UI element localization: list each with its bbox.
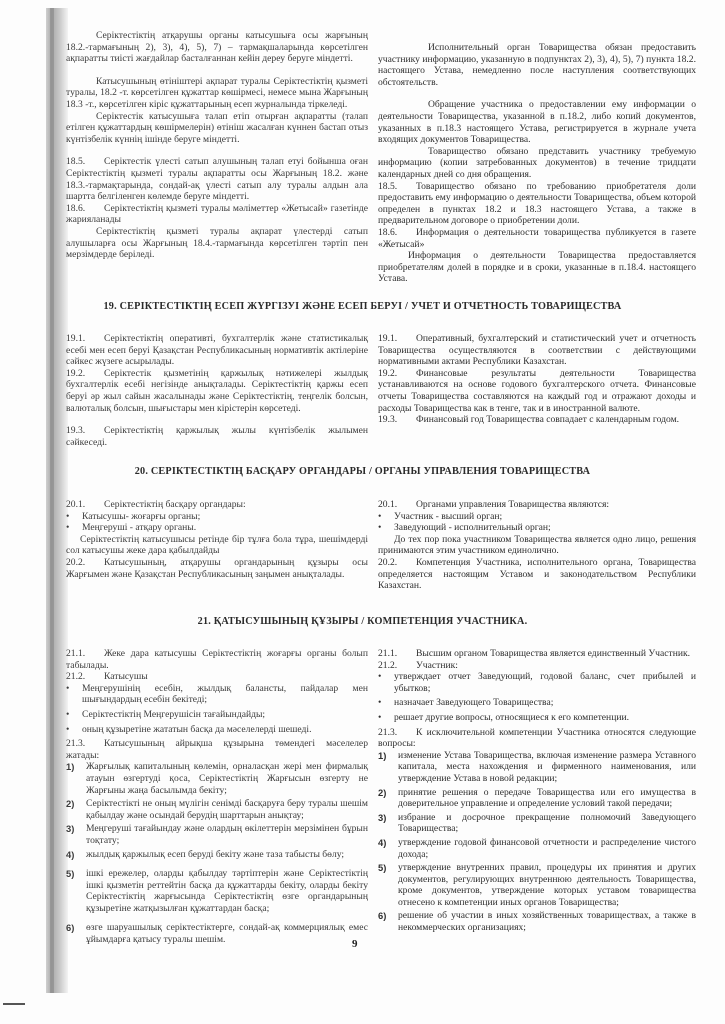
bullet-icon: • <box>66 683 82 706</box>
item-text: изменение Устава Товарищества, включая и… <box>398 750 696 785</box>
kz-top-paragraph-2: Катысушының өтініштері ақпарат туралы Се… <box>66 76 368 111</box>
kz-section-20: 20.1.Серіктестіктің басқару органдары: •… <box>66 499 368 580</box>
item-text: жылдық қаржылық есеп беруді бекіту және … <box>86 849 368 861</box>
item-text: утверждение годовой финансовой отчетност… <box>398 837 696 860</box>
clause-number: 20.2. <box>66 557 104 569</box>
bullet-item: •Меңгеруші - атқару органы. <box>66 522 368 534</box>
kz-20-paragraph: Серіктестіктің катысушысы ретінде бір тұ… <box>66 534 368 557</box>
item-text: өзге шаруашылық серіктестіктерге, сондай… <box>86 922 368 945</box>
bullet-item: •решает другие вопросы, относящиеся к ег… <box>378 712 696 724</box>
clause-number: 21.2. <box>378 660 416 672</box>
bullet-item: •оның құзыретіне жататын басқа да мәселе… <box>66 724 368 736</box>
clause-text: Финансовые результаты деятельности Товар… <box>378 368 696 414</box>
item-number: 3) <box>378 812 398 835</box>
bullet-item: •Меңгерушінің есебін, жылдық балансты, п… <box>66 683 368 706</box>
clause-number: 20.1. <box>66 499 104 511</box>
bullet-item: •утверждает отчет Заведующий, годовой ба… <box>378 671 696 694</box>
item-number: 1) <box>378 750 398 785</box>
bullet-text: решает другие вопросы, относящиеся к его… <box>394 712 629 724</box>
clause-paragraph: 21.1.Жеке дара катысушы Серіктестіктің ж… <box>66 648 368 671</box>
clause-number: 21.3. <box>66 738 104 750</box>
clause-text: Высшим органом Товарищества является еди… <box>416 648 690 659</box>
bullet-item: •Катысушы- жоғарғы органы; <box>66 511 368 523</box>
ru-top-paragraph-5: 18.6.Информация о деятельности товарищес… <box>378 227 696 250</box>
item-number: 4) <box>66 849 86 861</box>
bullet-item: •Участник - высший орган; <box>378 511 696 523</box>
clause-paragraph: 21.1.Высшим органом Товарищества являетс… <box>378 648 696 660</box>
item-number: 4) <box>378 837 398 860</box>
section-21-heading: 21. ҚАТЫСУШЫНЫҢ ҚҰЗЫРЫ / КОМПЕТЕНЦИЯ УЧА… <box>0 616 725 627</box>
clause-number: 18.6. <box>378 227 416 239</box>
clause-text: Катысушы <box>104 671 148 682</box>
clause-text: Жеке дара катысушы Серіктестіктің жоғарғ… <box>66 648 368 671</box>
kz-section-21: 21.1.Жеке дара катысушы Серіктестіктің ж… <box>66 648 368 948</box>
ru-20-paragraph: До тех пор пока участником Товарищества … <box>378 534 696 557</box>
clause-number: 18.6. <box>66 203 104 215</box>
clause-number: 19.3. <box>378 414 416 426</box>
bullet-icon: • <box>378 522 394 534</box>
item-number: 6) <box>378 910 398 933</box>
clause-number: 19.3. <box>66 425 104 437</box>
clause-number: 18.5. <box>66 156 104 168</box>
bullet-icon: • <box>378 511 394 523</box>
kz-top-paragraph-5: 18.6.Серіктестіктің қызметі туралы мәлім… <box>66 203 368 226</box>
bullet-icon: • <box>66 709 82 721</box>
clause-paragraph: 19.3.Серіктестіктің қаржылық жылы күнтіз… <box>66 425 368 448</box>
kz-section-19: 19.1.Серіктестіктің оперативті, бухгалте… <box>66 333 368 448</box>
ru-section-21: 21.1.Высшим органом Товарищества являетс… <box>378 648 696 936</box>
clause-paragraph: 21.2.Катысушы <box>66 671 368 683</box>
section-19-heading: 19. СЕРІКТЕСТІКТІҢ ЕСЕП ЖҮРГІЗУІ ЖӘНЕ ЕС… <box>0 301 725 312</box>
ru-top-paragraph-3: Товарищество обязано представить участни… <box>378 146 696 181</box>
numbered-item: 6)өзге шаруашылық серіктестіктерге, сонд… <box>66 922 368 945</box>
clause-paragraph: 19.3.Финансовый год Товарищества совпада… <box>378 414 696 426</box>
clause-number: 19.1. <box>66 333 104 345</box>
item-number: 2) <box>66 798 86 821</box>
clause-number: 19.2. <box>378 368 416 380</box>
item-text: Серіктестікті не оның мүлігін сенімді ба… <box>86 798 368 821</box>
scan-shadow-line <box>50 8 54 993</box>
item-text: утверждение внутренних правил, процедуры… <box>398 862 696 908</box>
ru-top-paragraph-1: Исполнительный орган Товарищества обязан… <box>378 42 696 88</box>
clause-paragraph: 21.2.Участник: <box>378 660 696 672</box>
item-text: Меңгеруші тағайындау және олардың өкілет… <box>86 823 368 846</box>
item-number: 6) <box>66 922 86 945</box>
numbered-item: 4)жылдық қаржылық есеп беруді бекіту жән… <box>66 849 368 861</box>
clause-number: 18.5. <box>378 181 416 193</box>
bullet-text: оның құзыретіне жататын басқа да мәселел… <box>82 724 311 736</box>
clause-number: 19.2. <box>66 368 104 380</box>
ru-top-block: Исполнительный орган Товарищества обязан… <box>378 42 696 285</box>
clause-text: Участник: <box>416 660 458 671</box>
clause-paragraph: 21.3.К исключительной компетенции Участн… <box>378 727 696 750</box>
item-text: избрание и досрочное прекращение полномо… <box>398 812 696 835</box>
bullet-text: Меңгерушінің есебін, жылдық балансты, па… <box>82 683 368 706</box>
ru-top-paragraph-6: Информация о деятельности Товарищества п… <box>378 250 696 285</box>
numbered-item: 5)утверждение внутренних правил, процеду… <box>378 862 696 908</box>
clause-number: 20.2. <box>378 557 416 569</box>
item-text: ішкі ережелер, оларды қабылдау тәртіптер… <box>86 868 368 914</box>
clause-text: Серіктестіктің қаржылық жылы күнтізбелік… <box>66 425 368 448</box>
clause-number: 21.1. <box>378 648 416 660</box>
clause-number: 19.1. <box>378 333 416 345</box>
item-text: принятие решения о передаче Товарищества… <box>398 787 696 810</box>
ru-section-19: 19.1.Оперативный, бухгалтерский и статис… <box>378 333 696 426</box>
item-number: 2) <box>378 787 398 810</box>
kz-top-block: Серіктестіктің атқарушы органы катысушығ… <box>66 30 368 261</box>
clause-text: Серіктестіктің оперативті, бухгалтерлік … <box>66 333 368 367</box>
bullet-text: утверждает отчет Заведующий, годовой бал… <box>394 671 696 694</box>
section-20-heading: 20. СЕРІКТЕСТІКТІҢ БАСҚАРУ ОРГАНДАРЫ / О… <box>0 466 725 477</box>
item-text: решение об участии в иных хозяйственных … <box>398 910 696 933</box>
bullet-item: •назначает Заведующего Товарищества; <box>378 697 696 709</box>
bullet-icon: • <box>66 522 82 534</box>
clause-paragraph: 19.1.Оперативный, бухгалтерский и статис… <box>378 333 696 368</box>
item-number: 1) <box>66 761 86 796</box>
scan-mark <box>3 1003 25 1005</box>
clause-paragraph: 19.2.Финансовые результаты деятельности … <box>378 368 696 414</box>
bullet-icon: • <box>66 724 82 736</box>
page-number: 9 <box>352 938 358 950</box>
item-number: 3) <box>66 823 86 846</box>
numbered-item: 5)ішкі ережелер, оларды қабылдау тәртіпт… <box>66 868 368 914</box>
bullet-item: •Серіктестіктің Меңгерушісін тағайындайд… <box>66 709 368 721</box>
clause-number: 20.1. <box>378 499 416 511</box>
ru-top-paragraph-2: Обращение участника о предоставлении ему… <box>378 99 696 145</box>
ru-top-paragraph-4: 18.5.Товарищество обязано по требованию … <box>378 181 696 227</box>
ru-section-20: 20.1.Органами управления Товарищества яв… <box>378 499 696 592</box>
clause-text: Катысушының айрықша құзырына төмендегі м… <box>66 738 368 761</box>
numbered-item: 1)изменение Устава Товарищества, включая… <box>378 750 696 785</box>
numbered-item: 3)Меңгеруші тағайындау және олардың өкіл… <box>66 823 368 846</box>
kz-top-paragraph-1: Серіктестіктің атқарушы органы катысушығ… <box>66 30 368 65</box>
numbered-item: 2)Серіктестікті не оның мүлігін сенімді … <box>66 798 368 821</box>
kz-top-paragraph-3: Серіктестік катысушыға талап етіп отырға… <box>66 111 368 146</box>
clause-paragraph: 21.3.Катысушының айрықша құзырына төменд… <box>66 738 368 761</box>
numbered-item: 2)принятие решения о передаче Товарищест… <box>378 787 696 810</box>
bullet-item: •Заведующий - исполнительный орган; <box>378 522 696 534</box>
numbered-item: 1)Жарғылық капиталының көлемін, орналасқ… <box>66 761 368 796</box>
clause-number: 21.1. <box>66 648 104 660</box>
numbered-item: 6)решение об участии в иных хозяйственны… <box>378 910 696 933</box>
bullet-icon: • <box>378 697 394 709</box>
clause-number: 21.3. <box>378 727 416 739</box>
bullet-text: Серіктестіктің Меңгерушісін тағайындайды… <box>82 709 265 721</box>
clause-text: Финансовый год Товарищества совпадает с … <box>416 414 679 425</box>
clause-text: Оперативный, бухгалтерский и статистичес… <box>378 333 696 367</box>
clause-paragraph: 19.2.Серіктестік қызметінің қаржылық нәт… <box>66 368 368 414</box>
numbered-item: 3)избрание и досрочное прекращение полно… <box>378 812 696 835</box>
kz-top-paragraph-4: 18.5.Серіктестік үлесті сатып алушының т… <box>66 156 368 202</box>
kz-top-paragraph-6: Серіктестіктің қызметі туралы ақпарат үл… <box>66 226 368 261</box>
bullet-icon: • <box>378 671 394 694</box>
clause-paragraph: 19.1.Серіктестіктің оперативті, бухгалте… <box>66 333 368 368</box>
bullet-icon: • <box>378 712 394 724</box>
clause-text: К исключительной компетенции Участника о… <box>378 727 696 750</box>
bullet-icon: • <box>66 511 82 523</box>
scanned-page: Серіктестіктің атқарушы органы катысушығ… <box>0 0 725 1024</box>
numbered-item: 4)утверждение годовой финансовой отчетно… <box>378 837 696 860</box>
item-number: 5) <box>378 862 398 908</box>
clause-text: Серіктестік қызметінің қаржылық нәтижеле… <box>66 368 368 414</box>
clause-number: 21.2. <box>66 671 104 683</box>
bullet-text: назначает Заведующего Товарищества; <box>394 697 553 709</box>
item-number: 5) <box>66 868 86 914</box>
item-text: Жарғылық капиталының көлемін, орналасқан… <box>86 761 368 796</box>
